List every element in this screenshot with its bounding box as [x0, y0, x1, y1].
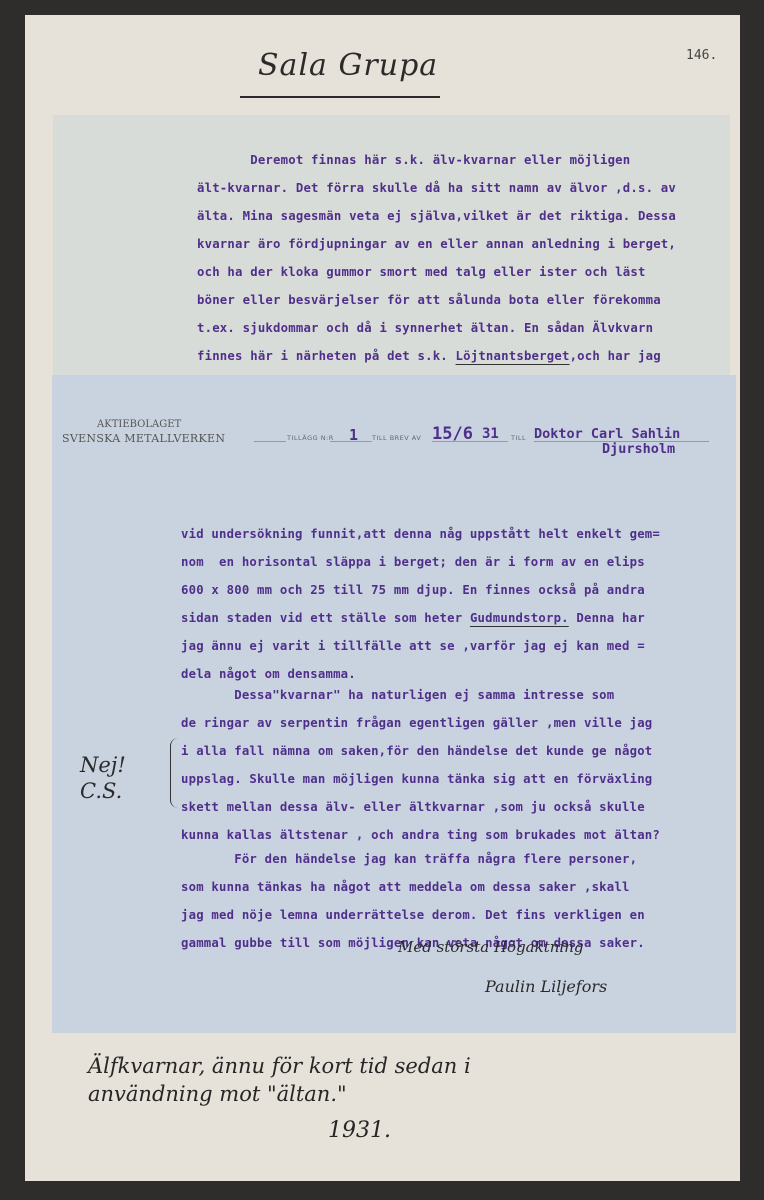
text-line: i alla fall nämna om saken,för den hände… [181, 737, 660, 765]
margin-annotation-line-1: Nej! [80, 752, 126, 778]
text-line: älta. Mina sagesmän veta ej själva,vilke… [197, 202, 676, 230]
brace-mark [170, 738, 179, 808]
text-line: de ringar av serpentin frågan egentligen… [181, 709, 660, 737]
text-line: och ha der kloka gummor smort med talg e… [197, 258, 676, 286]
recipient-place: Djursholm [602, 441, 675, 457]
title-underline [240, 96, 440, 98]
company-line-2: SVENSKA METALLVERKEN [62, 432, 225, 446]
text-line: För den händelse jag kan träffa några fl… [181, 845, 645, 873]
text-line: 600 x 800 mm och 25 till 75 mm djup. En … [181, 576, 660, 604]
text-segment: sidan staden vid ett ställe som heter [181, 611, 470, 625]
page-title-handwritten: Sala Grupa [258, 48, 438, 83]
letterhead-company: AKTIEBOLAGET SVENSKA METALLVERKEN [62, 418, 225, 446]
margin-annotation-line-2: C.S. [80, 778, 126, 804]
letter-closing: Med största Högaktning [398, 938, 583, 956]
bottom-handwritten-note: Älfkvarnar, ännu för kort tid sedan i an… [88, 1052, 471, 1108]
bottom-note-year: 1931. [328, 1118, 391, 1143]
margin-annotation: Nej! C.S. [80, 752, 126, 804]
text-line: kvarnar äro fördjupningar av en eller an… [197, 230, 676, 258]
text-line: vid undersökning funnit,att denna någ up… [181, 520, 660, 548]
letterhead-field-till: TILL [511, 434, 526, 442]
text-line: t.ex. sjukdommar och då i synnerhet älta… [197, 314, 676, 342]
text-line: ält-kvarnar. Det förra skulle då ha sitt… [197, 174, 676, 202]
text-line: Dessa"kvarnar" ha naturligen ej samma in… [181, 681, 660, 709]
recipient-name: Doktor Carl Sahlin [534, 426, 680, 442]
page-number: 146. [686, 48, 717, 63]
underlined-place-name: Löjtnantsberget [456, 349, 570, 363]
text-line: uppslag. Skulle man möjligen kunna tänka… [181, 765, 660, 793]
text-segment: Denna har [569, 611, 645, 625]
letterhead-field-tillagg: TILLÄGG N:R [287, 434, 334, 442]
text-line: Deremot finnas här s.k. älv-kvarnar elle… [197, 146, 676, 174]
text-line: sidan staden vid ett ställe som heter Gu… [181, 604, 660, 632]
bottom-note-line-2: användning mot "ältan." [88, 1080, 471, 1108]
upper-sheet-text: Deremot finnas här s.k. älv-kvarnar elle… [197, 118, 676, 398]
text-line: som kunna tänkas ha något att meddela om… [181, 873, 645, 901]
letterhead-field-brev: TILL BREV AV [372, 434, 421, 442]
text-segment: ,och har jag [570, 349, 661, 363]
text-segment: finnes här i närheten på det s.k. [197, 349, 456, 363]
text-line: jag med nöje lemna underrättelse derom. … [181, 901, 645, 929]
signature: Paulin Liljefors [485, 977, 607, 996]
letter-paragraph-3: För den händelse jag kan träffa några fl… [181, 817, 645, 985]
supplement-number: 1 [349, 426, 358, 444]
letterhead-rule [254, 441, 286, 442]
text-line: böner eller besvärjelser för att sålunda… [197, 286, 676, 314]
bottom-note-line-1: Älfkvarnar, ännu för kort tid sedan i [88, 1052, 471, 1080]
text-line: nom en horisontal släppa i berget; den ä… [181, 548, 660, 576]
underlined-place-name: Gudmundstorp. [470, 611, 569, 625]
letter-year: 31 [482, 426, 499, 442]
company-line-1: AKTIEBOLAGET [62, 418, 225, 432]
text-line: finnes här i närheten på det s.k. Löjtna… [197, 342, 676, 370]
